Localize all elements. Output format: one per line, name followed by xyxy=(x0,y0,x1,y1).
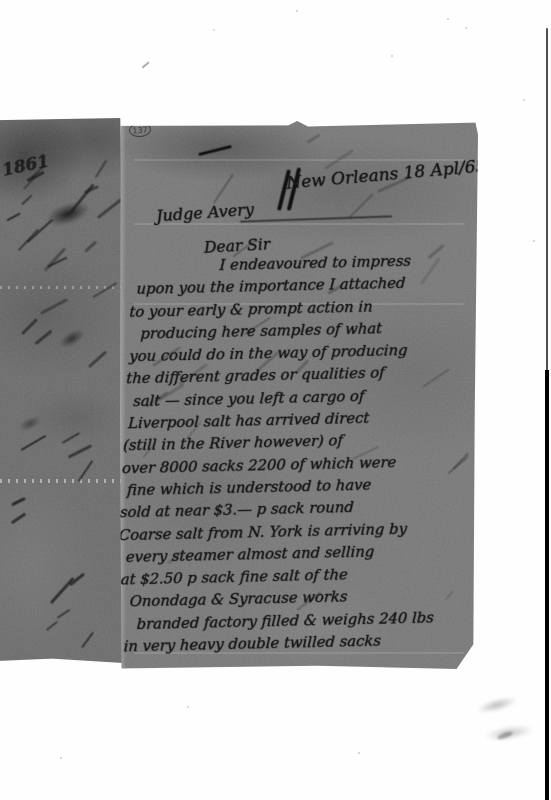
scanned-letter-photograph: 1861 137 New Orleans 18 Apl/65 Judge Ave… xyxy=(0,0,551,800)
smudge-mark xyxy=(475,694,519,716)
stroke-mark xyxy=(46,621,58,631)
letter-body: I endeavoured to impressupon you the imp… xyxy=(113,250,451,659)
faint-line xyxy=(134,159,463,161)
stroke-mark xyxy=(56,609,69,618)
stroke-mark xyxy=(21,195,33,206)
dust-speck xyxy=(213,29,215,31)
fold-seam xyxy=(0,479,124,483)
smudge-mark xyxy=(483,723,534,744)
letter-page: 137 New Orleans 18 Apl/65 Judge Avery De… xyxy=(120,121,478,669)
dust-speck xyxy=(523,99,525,101)
smudge-mark xyxy=(497,730,514,740)
margin-scrawl: 1861 xyxy=(0,151,50,180)
page-number-annotation: 137 xyxy=(132,125,148,135)
dust-speck xyxy=(447,18,449,20)
stroke-mark xyxy=(92,282,117,298)
stroke-mark xyxy=(445,591,454,601)
stroke-mark xyxy=(7,213,21,222)
ink-blot xyxy=(17,413,43,433)
stroke-mark xyxy=(11,497,26,506)
scan-area: 1861 137 New Orleans 18 Apl/65 Judge Ave… xyxy=(0,117,480,673)
stroke-mark xyxy=(81,632,94,648)
stroke-mark xyxy=(348,193,373,218)
stroke-mark xyxy=(17,229,38,251)
dust-speck xyxy=(296,10,298,12)
dust-speck xyxy=(391,55,393,57)
stroke-mark xyxy=(11,513,26,525)
stroke-mark xyxy=(21,318,38,335)
stroke-mark xyxy=(41,299,69,316)
stroke-mark xyxy=(67,445,91,459)
stroke-mark xyxy=(212,174,233,204)
ink-blot xyxy=(57,326,88,351)
adjacent-page-fragment: 1861 xyxy=(0,118,124,663)
pen-scribble xyxy=(198,145,232,156)
pen-flourish xyxy=(240,215,392,222)
stroke-mark xyxy=(62,432,80,443)
stroke-mark xyxy=(452,453,468,470)
film-edge-line xyxy=(546,28,548,373)
stroke-mark xyxy=(95,160,107,178)
stroke-mark xyxy=(84,240,97,252)
dust-speck xyxy=(358,752,360,754)
film-edge-line xyxy=(545,370,549,800)
page-number-circle: 137 xyxy=(129,122,152,138)
stroke-mark xyxy=(26,219,53,243)
stroke-mark xyxy=(448,456,469,475)
stroke-mark xyxy=(20,435,46,451)
stroke-mark xyxy=(306,134,321,144)
dust-speck xyxy=(60,757,62,759)
dust-speck xyxy=(465,27,467,29)
stroke-mark xyxy=(34,330,52,345)
stroke-mark xyxy=(49,577,74,604)
dust-speck xyxy=(533,240,535,242)
ink-blot xyxy=(44,198,92,231)
stroke-mark xyxy=(88,351,107,368)
dust-speck xyxy=(187,706,189,708)
scratch-mark xyxy=(142,61,150,68)
